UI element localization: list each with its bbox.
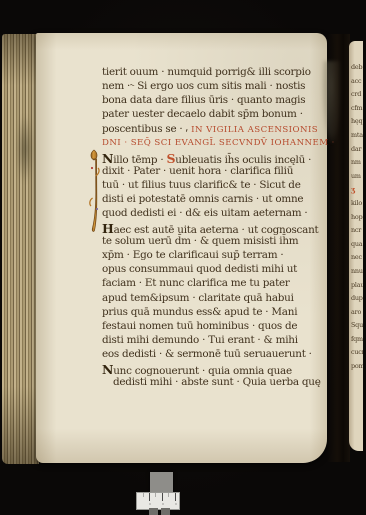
text-line: disti ei potestatē omnis carnis · ut omn… — [102, 193, 334, 207]
facing-text-fragment: um — [351, 172, 363, 186]
facing-text-fragment: Squ — [351, 321, 363, 335]
facing-text-fragment: ncr — [351, 226, 363, 240]
text-line: pater uester decaelo dabit sp̄m bonum · — [102, 108, 334, 122]
facing-text-fragment: crd — [351, 90, 363, 104]
text-line: bona data dare filius ūris · quanto mag… — [102, 94, 334, 108]
manuscript-photo: tierit ouum · numquid porrig& illi scorp… — [0, 0, 366, 515]
illuminated-initial-I — [87, 146, 102, 234]
facing-text-fragment: ʒ — [351, 185, 363, 199]
text-line: poscentibus se · ⸴ IN VIGILIA ASCENSIONI… — [102, 122, 334, 136]
text-line: festaui nomen tuū hominibus · quos de — [102, 320, 334, 334]
facing-text-fragment: acc — [351, 77, 363, 91]
book-fore-edge — [2, 34, 39, 464]
scale-card-foot — [149, 508, 158, 515]
facing-text-fragment: hęq — [351, 117, 363, 131]
facing-text-fragment: dup — [351, 294, 363, 308]
text-line: tuū · ut filius tuus clarific& te · Sicu… — [102, 179, 334, 193]
scale-card-foot — [161, 508, 170, 515]
text-line: xp̄m · Ego te clarificaui sup̄ terram · — [102, 249, 334, 263]
facing-text-fragment: qua — [351, 240, 363, 254]
text-line: dedisti mihi · abste sunt · Quia uerba q… — [102, 376, 334, 390]
facing-text-fragment: plau — [351, 281, 363, 295]
facing-text-fragment: hop — [351, 213, 363, 227]
text-line: DNI · SEQ̄ SCI EVANGL̄ SECVNDV̄ IOHANNEM… — [102, 136, 334, 150]
text-line: apud tem&ipsum · claritate quā habui — [102, 292, 334, 306]
scale-ruler-digits — [137, 502, 179, 506]
text-line: nem ·˞ Si ergo uos cum sitis mali · nost… — [102, 80, 334, 94]
facing-text-fragment: cucr — [351, 348, 363, 362]
text-line: quod dedisti ei · d& eis uitam aeternam … — [102, 207, 334, 221]
facing-text-fragment: nm — [351, 158, 363, 172]
scale-card-tab — [150, 472, 173, 494]
text-line: opus consummaui quod dedisti mihi ut — [102, 263, 334, 277]
facing-text-fragment: pom — [351, 362, 363, 376]
text-line: disti mihi demundo · Tui erant · & mihi — [102, 334, 334, 348]
text-line: faciam · Et nunc clarifica me tu pater — [102, 277, 334, 291]
text-line: Nillo tēmp · Subleuatis ih̄s oculis inc… — [102, 151, 334, 165]
text-line: te solum uerū d̄m · & quem misisti ih̄m — [102, 235, 334, 249]
text-line: tierit ouum · numquid porrig& illi scorp… — [102, 66, 334, 80]
facing-text-fragment: nnu — [351, 267, 363, 281]
facing-text-fragment: kilo — [351, 199, 363, 213]
text-line: Haec est autē uita aeterna · ut cognosca… — [102, 221, 334, 235]
facing-text-fragment: dar — [351, 145, 363, 159]
text-line: prius quā mundus ess& apud te · Mani — [102, 306, 334, 320]
fore-edge-stain — [16, 114, 34, 184]
manuscript-page: tierit ouum · numquid porrig& illi scorp… — [36, 33, 327, 463]
facing-page-text: debacccrdcfmhęqmtadarnmumʒkilohopncrquan… — [351, 63, 363, 376]
text-block: tierit ouum · numquid porrig& illi scorp… — [102, 66, 334, 390]
text-line: dixit · Pater · uenit hora · clarifica f… — [102, 165, 334, 179]
facing-text-fragment: fqm — [351, 335, 363, 349]
facing-text-fragment: deb — [351, 63, 363, 77]
text-line: eos dedisti · & sermonē tuū seruauerunt … — [102, 348, 334, 362]
gutter-shadow — [327, 34, 350, 462]
facing-text-fragment: nec — [351, 253, 363, 267]
scale-ruler — [136, 492, 180, 510]
facing-page-sliver: debacccrdcfmhęqmtadarnmumʒkilohopncrquan… — [349, 41, 363, 451]
text-line: Nunc cognouerunt · quia omnia quae — [102, 362, 334, 376]
facing-text-fragment: cfm — [351, 104, 363, 118]
facing-text-fragment: aro — [351, 308, 363, 322]
facing-text-fragment: mta — [351, 131, 363, 145]
